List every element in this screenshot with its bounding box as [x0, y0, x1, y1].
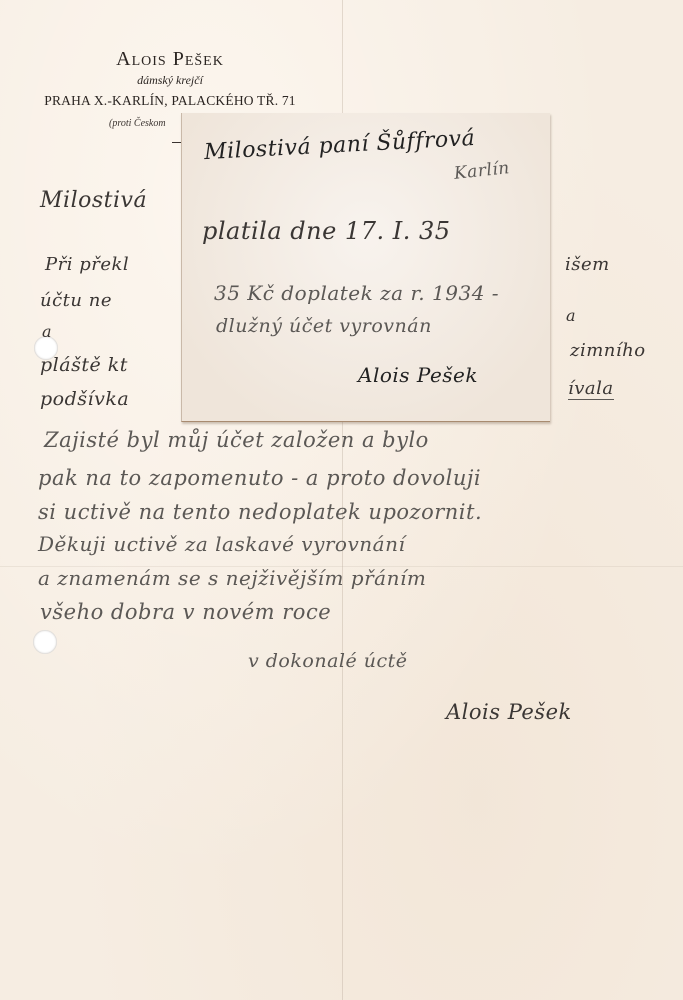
card-addressee-place: Karlín [453, 158, 511, 184]
letter-body-line-6: všeho dobra v novém roce [40, 600, 331, 624]
letterhead-trade: dámský krejčí [40, 73, 300, 88]
card-amount-line: 35 Kč doplatek za r. 1934 - [214, 281, 499, 305]
letterhead-name: Alois Pešek [40, 48, 300, 71]
letter-line-3-right: a [566, 306, 576, 325]
letter-closing: v dokonalé úctě [248, 650, 408, 672]
card-addressee: Milostivá paní Šůffrová [204, 126, 476, 165]
letter-line-4-left: pláště kt [40, 354, 128, 376]
letter-signature: Alois Pešek [446, 700, 572, 724]
card-settled-line: dlužný účet vyrovnán [216, 315, 432, 337]
letter-body-line-4: Děkuji uctivě za laskavé vyrovnání [38, 532, 405, 556]
letter-salutation: Milostivá [40, 188, 147, 213]
letterhead-note: (proti Českom [109, 118, 166, 129]
letter-body-line-3: si uctivě na tento nedoplatek upozornit. [38, 500, 482, 524]
letterhead: Alois Pešek dámský krejčí PRAHA X.-KARLÍ… [40, 48, 300, 109]
letter-line-4-right: zimního [570, 340, 646, 361]
receipt-card: Milostivá paní Šůffrová Karlín platila d… [181, 113, 550, 422]
letter-body-line-1: Zajisté byl můj účet založen a bylo [44, 428, 429, 452]
letter-line-5-left: podšívka [40, 388, 129, 410]
punch-hole-bottom [33, 630, 57, 654]
letter-line-5-right: ívala [568, 378, 614, 400]
letterhead-address: PRAHA X.-KARLÍN, PALACKÉHO TŘ. 71 [40, 93, 300, 109]
card-paid-line: platila dne 17. I. 35 [202, 217, 451, 245]
letter-body-line-2: pak na to zapomenuto - a proto dovoluji [38, 466, 481, 490]
letter-line-1-left: Při překl [45, 254, 129, 275]
letter-line-1-right: išem [565, 254, 610, 275]
card-signature: Alois Pešek [358, 363, 478, 387]
letter-body-line-5: a znamenám se s nejživějším přáním [38, 566, 426, 590]
letter-line-3-left: a [42, 322, 52, 341]
letter-line-2-left: účtu ne [40, 290, 112, 311]
